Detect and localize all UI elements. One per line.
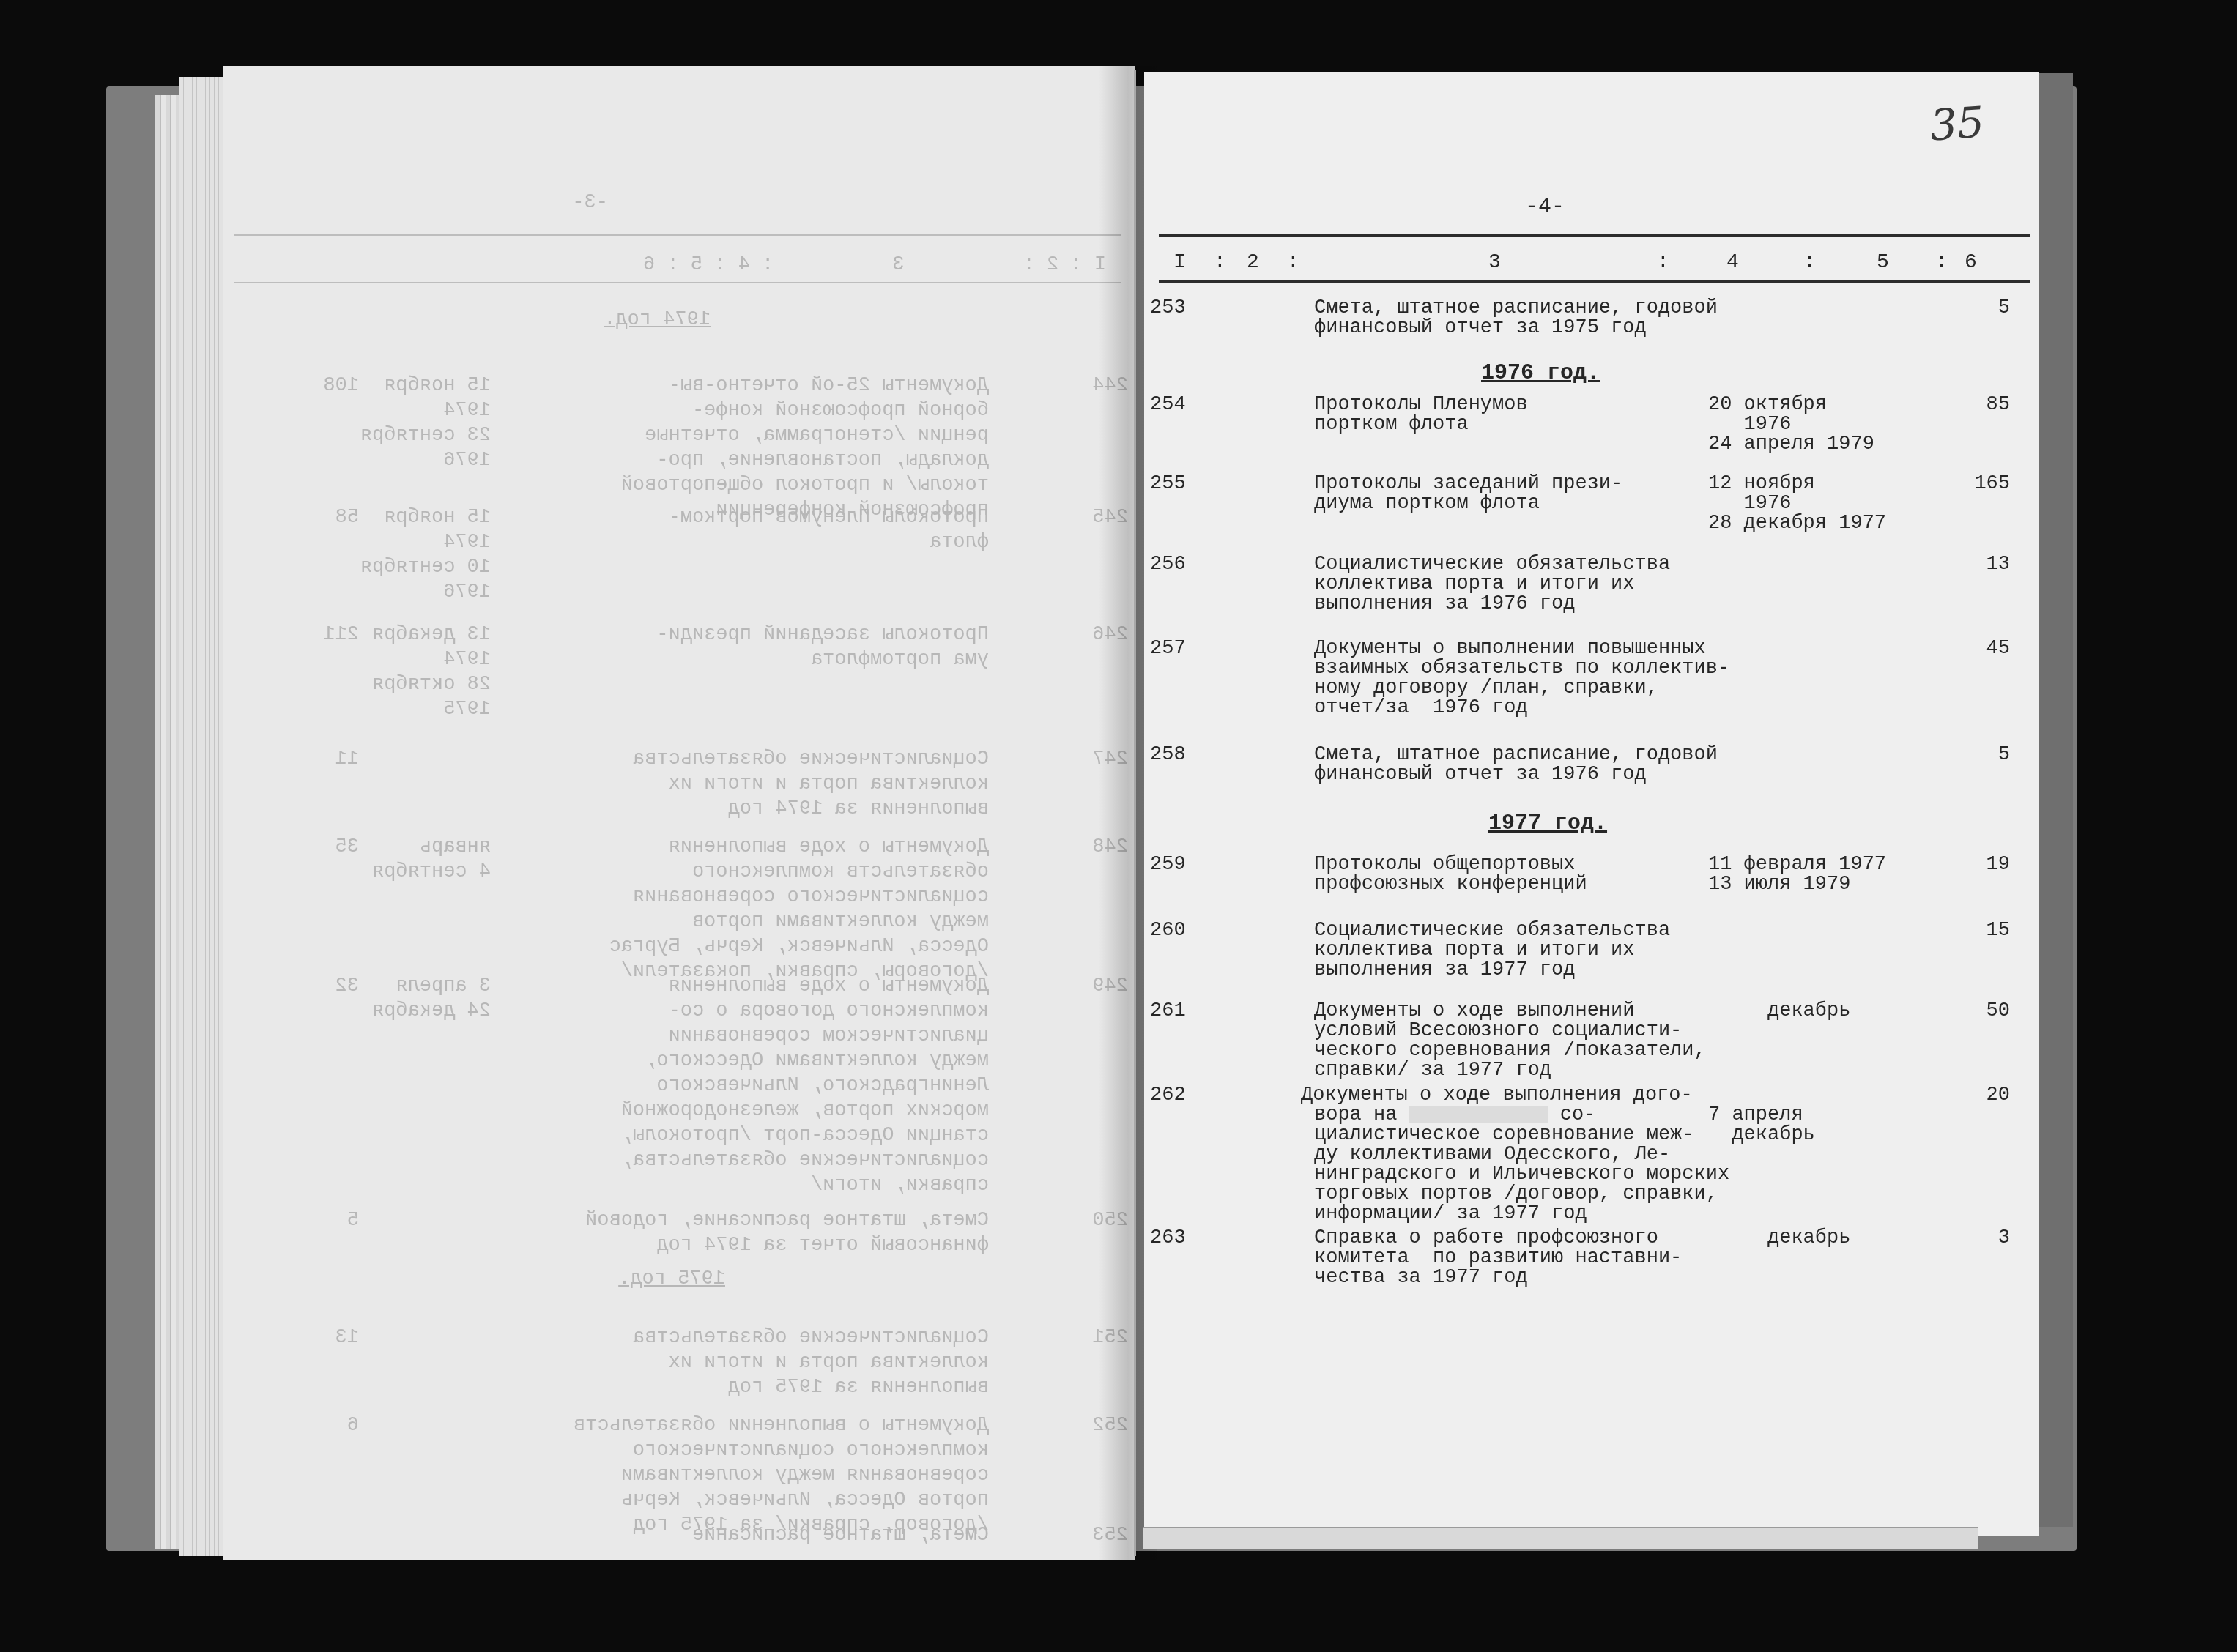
entry-title: Протоколы общепортовыхпрофсоюзных конфер… bbox=[1314, 855, 1587, 895]
entry-title: Документы о ходе выполнения дого-вора на… bbox=[1314, 1086, 1729, 1224]
redacted-text bbox=[1409, 1106, 1548, 1123]
entry-dates: 15 ноября 1974 23 сентября 1976 bbox=[360, 373, 491, 473]
column-header: 4 bbox=[1726, 251, 1739, 274]
sheet-count: 5 bbox=[1998, 745, 2010, 765]
table-row: 261Документы о ходе выполненийусловий Вс… bbox=[1144, 1002, 2039, 1081]
sheet-count: 50 bbox=[1986, 1002, 2010, 1022]
table-row: 256Социалистические обязательстваколлект… bbox=[1144, 555, 2039, 614]
sheet-count: 15 bbox=[1986, 921, 2010, 941]
entry-number: 263 bbox=[1150, 1229, 1186, 1249]
table-row: 254Протоколы Пленумовпортком флота20 окт… bbox=[1144, 395, 2039, 455]
entry-title: Документы о ходе выполнения комплексного… bbox=[621, 974, 989, 1198]
table-row: 257Документы о выполнении повышенныхвзаи… bbox=[1144, 639, 2039, 718]
entry-title: Смета, штатное расписание bbox=[692, 1523, 989, 1548]
entry-number: 258 bbox=[1150, 745, 1186, 765]
column-header: 5 bbox=[1877, 251, 1889, 274]
bleed-through-text: -3- I : 2 : 3 : 4 : 5 : 6 1974 год.1975 … bbox=[223, 66, 1135, 1560]
entry-title: Протоколы заседаний президи- ума портомф… bbox=[656, 622, 989, 672]
entry-dates: 12 ноября 1976 28 декабря 1977 bbox=[1708, 475, 1886, 534]
page-number: -3- bbox=[572, 190, 608, 215]
entry-title: Документы о выполнении обязательств комп… bbox=[574, 1413, 989, 1538]
left-page: -3- I : 2 : 3 : 4 : 5 : 6 1974 год.1975 … bbox=[223, 66, 1135, 1560]
page-stack-bottom bbox=[1143, 1527, 1978, 1549]
column-separator: : bbox=[1214, 251, 1226, 274]
column-separator: : bbox=[1803, 251, 1816, 274]
sheet-count: 13 bbox=[335, 1325, 359, 1350]
sheet-count: 211 bbox=[323, 622, 359, 647]
year-heading: 1974 год. bbox=[604, 308, 711, 332]
entry-number: 262 bbox=[1150, 1086, 1186, 1106]
header-rule bbox=[1159, 234, 2030, 237]
entry-dates: 3 апреля 24 декабря bbox=[372, 974, 491, 1024]
entry-title: Документы о ходе выполненийусловий Всесо… bbox=[1314, 1002, 1706, 1081]
table-row: 259Протоколы общепортовыхпрофсоюзных кон… bbox=[1144, 855, 2039, 895]
sheet-count: 45 bbox=[1986, 639, 2010, 659]
sheet-count: 5 bbox=[1998, 299, 2010, 319]
sheet-count: 3 bbox=[1998, 1229, 2010, 1249]
sheet-count: 5 bbox=[347, 1208, 359, 1233]
column-header: 6 bbox=[1965, 251, 1977, 274]
sheet-count: 58 bbox=[335, 505, 359, 530]
entry-title: Документы 25-ой отчетно-вы- борной профс… bbox=[621, 373, 989, 523]
table-row: 262Документы о ходе выполнения дого-вора… bbox=[1144, 1086, 2039, 1224]
sheet-count: 13 bbox=[1986, 555, 2010, 575]
column-header: I bbox=[1173, 251, 1186, 274]
entry-title: Протоколы заседаний прези-диума портком … bbox=[1314, 475, 1622, 514]
year-heading: 1976 год. bbox=[1481, 361, 1600, 386]
inventory-table: -4- I:2:3:4:5:6 253Смета, штатное распис… bbox=[1144, 72, 2039, 1536]
entry-dates: 11 февраля 1977 13 июля 1979 bbox=[1708, 855, 1886, 895]
entry-dates: 20 октября 1976 24 апреля 1979 bbox=[1708, 395, 1874, 455]
sheet-count: 165 bbox=[1974, 475, 2010, 494]
sheet-count: 85 bbox=[1986, 395, 2010, 415]
header-rule bbox=[234, 282, 1121, 283]
table-row: 260Социалистические обязательстваколлект… bbox=[1144, 921, 2039, 981]
entry-title: Смета, штатное расписание, годовойфинанс… bbox=[1314, 299, 1718, 338]
entry-number: 256 bbox=[1150, 555, 1186, 575]
entry-number: 257 bbox=[1150, 639, 1186, 659]
entry-number: 255 bbox=[1150, 475, 1186, 494]
entry-title: Смета, штатное расписание, годовой финан… bbox=[585, 1208, 989, 1258]
column-separator: : bbox=[1935, 251, 1948, 274]
handwritten-sheet-number: 35 bbox=[1929, 97, 1986, 151]
header-rule bbox=[234, 234, 1121, 236]
entry-title: Социалистические обязательства коллектив… bbox=[633, 747, 989, 822]
header-rule bbox=[1159, 280, 2030, 283]
column-headers: I:2:3:4:5:6 bbox=[1173, 251, 2023, 278]
sheet-count: 35 bbox=[335, 835, 359, 860]
entry-title: Справка о работе профсоюзногокомитета по… bbox=[1314, 1229, 1682, 1288]
sheet-count: 32 bbox=[335, 974, 359, 999]
entry-number: 259 bbox=[1150, 855, 1186, 875]
entry-dates: 7 апреля декабрь bbox=[1708, 1086, 1815, 1145]
page-number: -4- bbox=[1525, 195, 1565, 220]
entry-number: 254 bbox=[1150, 395, 1186, 415]
column-headers: I : 2 : 3 : 4 : 5 : 6 bbox=[256, 253, 1106, 278]
sheet-count: 108 bbox=[323, 373, 359, 398]
gutter-fold bbox=[1134, 70, 1136, 1556]
column-separator: : bbox=[1287, 251, 1299, 274]
year-heading: 1977 год. bbox=[1488, 811, 1607, 836]
table-row: 263Справка о работе профсоюзногокомитета… bbox=[1144, 1229, 2039, 1288]
entry-title: Социалистические обязательстваколлектива… bbox=[1314, 555, 1670, 614]
entry-number: 261 bbox=[1150, 1002, 1186, 1022]
column-header: 3 bbox=[1488, 251, 1501, 274]
entry-dates: 15 ноября 1974 10 сентября 1976 bbox=[360, 505, 491, 605]
entry-number: 260 bbox=[1150, 921, 1186, 941]
table-row: 258Смета, штатное расписание, годовойфин… bbox=[1144, 745, 2039, 785]
entry-dates: январь 4 сентября bbox=[372, 835, 491, 885]
entry-title: Документы о выполнении повышенныхвзаимны… bbox=[1314, 639, 1729, 718]
entry-title: Протоколы Пленумовпортком флота bbox=[1314, 395, 1528, 435]
entry-dates: декабрь bbox=[1708, 1002, 1850, 1022]
sheet-count: 11 bbox=[335, 747, 359, 772]
right-page: -4- I:2:3:4:5:6 253Смета, штатное распис… bbox=[1144, 72, 2039, 1536]
column-header: 2 bbox=[1247, 251, 1259, 274]
sheet-count: 19 bbox=[1986, 855, 2010, 875]
year-heading: 1975 год. bbox=[618, 1267, 725, 1292]
entry-title: Смета, штатное расписание, годовойфинанс… bbox=[1314, 745, 1718, 785]
entry-number: 253 bbox=[1150, 299, 1186, 319]
entry-dates: декабрь bbox=[1708, 1229, 1850, 1249]
entry-dates: 13 декабря 1974 28 октября 1975 bbox=[372, 622, 491, 722]
entry-title: Протоколы Пленумов портком- флота bbox=[669, 505, 989, 555]
entry-title: Документы о ходе выполнения обязательств… bbox=[609, 835, 989, 984]
column-separator: : bbox=[1657, 251, 1669, 274]
table-row: 255Протоколы заседаний прези-диума портк… bbox=[1144, 475, 2039, 534]
entry-title: Социалистические обязательства коллектив… bbox=[633, 1325, 989, 1400]
table-row: 253Смета, штатное расписание, годовойфин… bbox=[1144, 299, 2039, 338]
sheet-count: 20 bbox=[1986, 1086, 2010, 1106]
sheet-count: 6 bbox=[347, 1413, 359, 1438]
entry-title: Социалистические обязательстваколлектива… bbox=[1314, 921, 1670, 981]
